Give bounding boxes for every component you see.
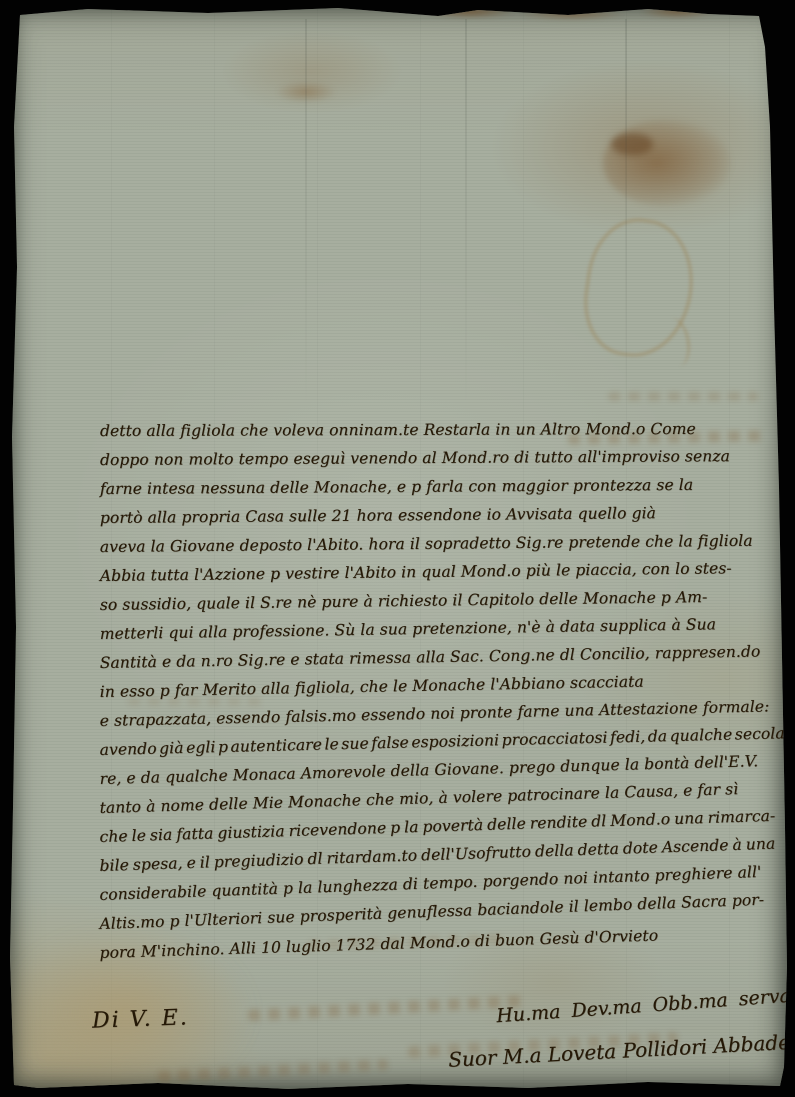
- ring-stain: [577, 212, 701, 363]
- paper-crease: [625, 19, 627, 409]
- signature: Suor M.a Loveta Pollidori Abbadessa: [448, 1028, 795, 1072]
- ink-show-through: [608, 392, 758, 401]
- paper-crease: [465, 19, 467, 409]
- ink-show-through: [248, 995, 528, 1022]
- letter-line: detto alla figliola che voleva onninam.t…: [100, 415, 776, 446]
- stain-top-right: [603, 119, 731, 207]
- closing-salutation: Di V. E.: [92, 1005, 190, 1033]
- valediction: Hu.ma Dev.ma Obb.ma serva: [496, 985, 792, 1028]
- ink-show-through: [158, 1059, 388, 1082]
- manuscript-page: detto alla figliola che voleva onninam.t…: [8, 7, 787, 1090]
- paper-crease: [305, 19, 307, 409]
- stain-top-small: [276, 81, 336, 103]
- letter-body: detto alla figliola che voleva onninam.t…: [100, 417, 776, 968]
- photo-background: detto alla figliola che voleva onninam.t…: [0, 0, 795, 1097]
- stain-top-edge: [423, 5, 733, 22]
